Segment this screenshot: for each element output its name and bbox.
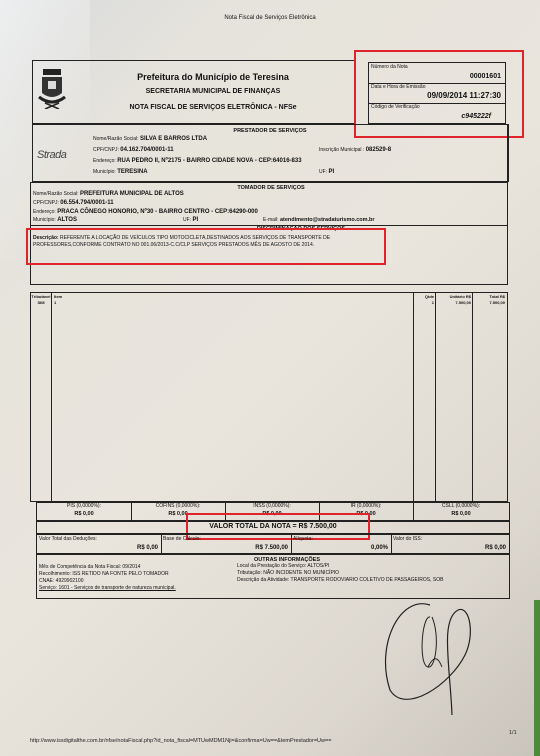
summary-row: Valor Total das Deduções: R$ 0,00 Base d… [36,533,510,554]
taker-section-title: TOMADOR DE SERVIÇOS [151,184,391,192]
other-info-left: Mês de Competência da Nota Fiscal: 09/20… [39,564,176,592]
provider-name: SILVA E BARROS LTDA [140,136,207,142]
provider-block: PRESTADOR DE SERVIÇOS Strada Nome/Razão … [32,124,509,182]
other-info-right: Local da Prestação do Serviço: ALTOS/PI … [237,563,443,584]
issuer-line1: Prefeitura do Município de Teresina [73,72,353,82]
items-table: Tributável Item Qtde Unitário R$ Total R… [30,292,508,502]
provider-name-label: Nome/Razão Social: [93,136,139,142]
highlight-description [26,228,386,265]
taker-cnpj: 06.554.794/0001-11 [60,200,113,206]
rate-cell: Alíquota: 0,00% [291,535,392,553]
coat-of-arms-icon [37,67,67,109]
row-unit: 7.500,00 [436,300,471,305]
other-info-block: OUTRAS INFORMAÇÕES Mês de Competência da… [36,553,510,599]
provider-city-label: Município: [93,169,116,175]
taker-address: PRACA CÔNEGO HONORIO, Nº30 - BAIRRO CENT… [57,209,258,215]
col-qty-header: Qtde [414,294,434,299]
taker-block: TOMADOR DE SERVIÇOS Nome/Razão Social: P… [30,182,508,226]
issuer-block: Prefeitura do Município de Teresina SECR… [32,60,356,124]
issuer-line3: NOTA FISCAL DE SERVIÇOS ELETRÔNICA - NFS… [73,104,353,111]
taker-email[interactable]: atendimento@stradaturismo.com.br [280,217,375,223]
tax-pis: PIS (0,0000%): R$ 0,00 [37,503,132,521]
taker-name-label: Nome/Razão Social: [33,191,79,197]
taker-name: PREFEITURA MUNICIPAL DE ALTOS [80,191,184,197]
col-taxable-header: Tributável [31,294,51,299]
provider-address-label: Endereço: [93,158,116,164]
photo-background-edge [534,600,540,756]
tax-csll: CSLL (0,0000%): R$ 0,00 [413,503,509,521]
row-qty: 1 [414,300,434,305]
taker-address-label: Endereço: [33,209,56,215]
taker-uf: PI [192,217,198,223]
col-unit-header: Unitário R$ [436,294,471,299]
col-total-header: Total R$ [473,294,505,299]
provider-address: RUA PEDRO II, Nº2175 - BAIRRO CIDADE NOV… [117,158,301,164]
footer-url[interactable]: http://www.issdigitalthe.com.br/nfse/not… [30,738,331,745]
provider-logo: Strada [37,149,66,161]
row-total: 7.500,00 [473,300,505,305]
taker-email-label: E-mail: [263,217,279,223]
provider-municipal-reg: 082529-8 [366,147,391,153]
row-item: 1 [54,300,56,305]
page-number: 1/1 [509,730,517,737]
signature [370,595,500,725]
deductions-cell: Valor Total das Deduções: R$ 0,00 [37,535,162,553]
provider-section-title: PRESTADOR DE SERVIÇOS [33,127,507,135]
taker-uf-label: UF: [183,217,191,223]
page-header: Nota Fiscal de Serviços Eletrônica [0,15,540,22]
base-cell: Base de Cálculo: R$ 7.500,00 [161,535,292,553]
issuer-line2: SECRETARIA MUNICIPAL DE FINANÇAS [73,88,353,95]
provider-municipal-reg-label: Inscrição Municipal : [319,147,364,153]
provider-uf: PI [328,169,334,175]
taker-cnpj-label: CPF/CNPJ: [33,200,59,206]
provider-cnpj-label: CPF/CNPJ: [93,147,119,153]
provider-uf-label: UF: [319,169,327,175]
provider-city: TERESINA [117,169,147,175]
row-taxable: SIM [31,300,51,305]
taker-city: ALTOS [57,217,77,223]
taker-city-label: Município: [33,217,56,223]
provider-cnpj: 04.162.704/0001-11 [120,147,173,153]
iss-cell: Valor do ISS: R$ 0,00 [391,535,509,553]
col-item-header: Item [54,294,62,299]
